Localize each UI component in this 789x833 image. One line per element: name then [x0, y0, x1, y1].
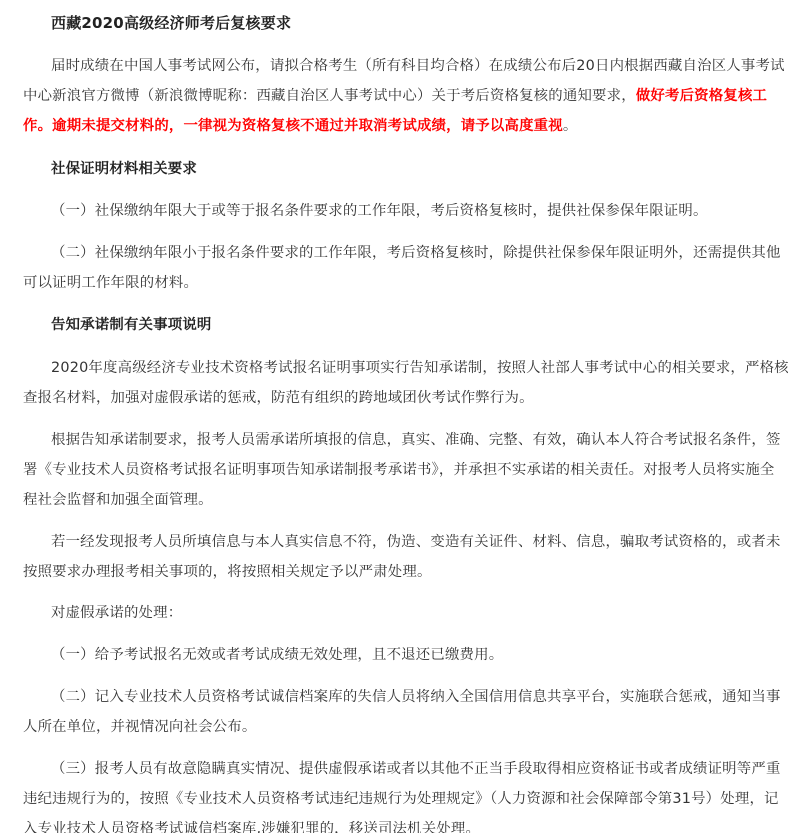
- commitment-p1-line-2: 查报名材料，加强对虚假承诺的惩戒，防范有组织的跨地域团伙考试作弊行为。: [23, 388, 534, 408]
- false-commitment-heading: 对虚假承诺的处理：: [51, 603, 182, 623]
- intro-line-3: 作。逾期未提交材料的，一律视为资格复核不通过并取消考试成绩，请予以高度重视。: [23, 116, 577, 136]
- commitment-p2-line-2: 署《专业技术人员资格考试报名证明事项告知承诺制报考承诺书》，并承担不实承诺的相关…: [23, 460, 775, 480]
- intro-period: 。: [563, 118, 578, 134]
- social-security-item-2-line-2: 可以证明工作年限的材料。: [23, 273, 198, 293]
- intro-line-2-text: 中心新浪官方微博（新浪微博昵称：西藏自治区人事考试中心）关于考后资格复核的通知要…: [23, 88, 636, 104]
- intro-warning: 作。逾期未提交材料的，一律视为资格复核不通过并取消考试成绩，请予以高度重视: [23, 118, 563, 134]
- section-heading-commitment: 告知承诺制有关事项说明: [51, 315, 212, 335]
- social-security-item-2-line-1: （二）社保缴纳年限小于报名条件要求的工作年限，考后资格复核时，除提供社保参保年限…: [51, 243, 781, 263]
- intro-line-2: 中心新浪官方微博（新浪微博昵称：西藏自治区人事考试中心）关于考后资格复核的通知要…: [23, 86, 767, 106]
- penalty-item-3-line-2: 违纪违规行为的，按照《专业技术人员资格考试违纪违规行为处理规定》（人力资源和社会…: [23, 789, 779, 809]
- penalty-item-1: （一）给予考试报名无效或者考试成绩无效处理，且不退还已缴费用。: [51, 645, 503, 665]
- section-heading-social-security: 社保证明材料相关要求: [51, 159, 197, 179]
- penalty-item-2-line-1: （二）记入专业技术人员资格考试诚信档案库的失信人员将纳入全国信用信息共享平台，实…: [51, 687, 781, 707]
- article-title: 西藏2020高级经济师考后复核要求: [51, 13, 291, 33]
- intro-line-1: 届时成绩在中国人事考试网公布，请拟合格考生（所有科目均合格）在成绩公布后20日内…: [51, 56, 785, 76]
- commitment-p1-line-1: 2020年度高级经济专业技术资格考试报名证明事项实行告知承诺制，按照人社部人事考…: [51, 358, 789, 378]
- penalty-item-3-line-3: 入专业技术人员资格考试诚信档案库,涉嫌犯罪的，移送司法机关处理。: [23, 819, 480, 833]
- commitment-p3-line-1: 若一经发现报考人员所填信息与本人真实信息不符，伪造、变造有关证件、材料、信息，骗…: [51, 532, 781, 552]
- intro-emphasis: 做好考后资格复核工: [636, 88, 767, 104]
- penalty-item-2-line-2: 人所在单位，并视情况向社会公布。: [23, 717, 256, 737]
- commitment-p3-line-2: 按照要求办理报考相关事项的，将按照相关规定予以严肃处理。: [23, 562, 432, 582]
- commitment-p2-line-3: 程社会监督和加强全面管理。: [23, 490, 213, 510]
- commitment-p2-line-1: 根据告知承诺制要求，报考人员需承诺所填报的信息，真实、准确、完整、有效，确认本人…: [51, 430, 781, 450]
- penalty-item-3-line-1: （三）报考人员有故意隐瞒真实情况、提供虚假承诺或者以其他不正当手段取得相应资格证…: [51, 759, 781, 779]
- social-security-item-1: （一）社保缴纳年限大于或等于报名条件要求的工作年限，考后资格复核时，提供社保参保…: [51, 201, 708, 221]
